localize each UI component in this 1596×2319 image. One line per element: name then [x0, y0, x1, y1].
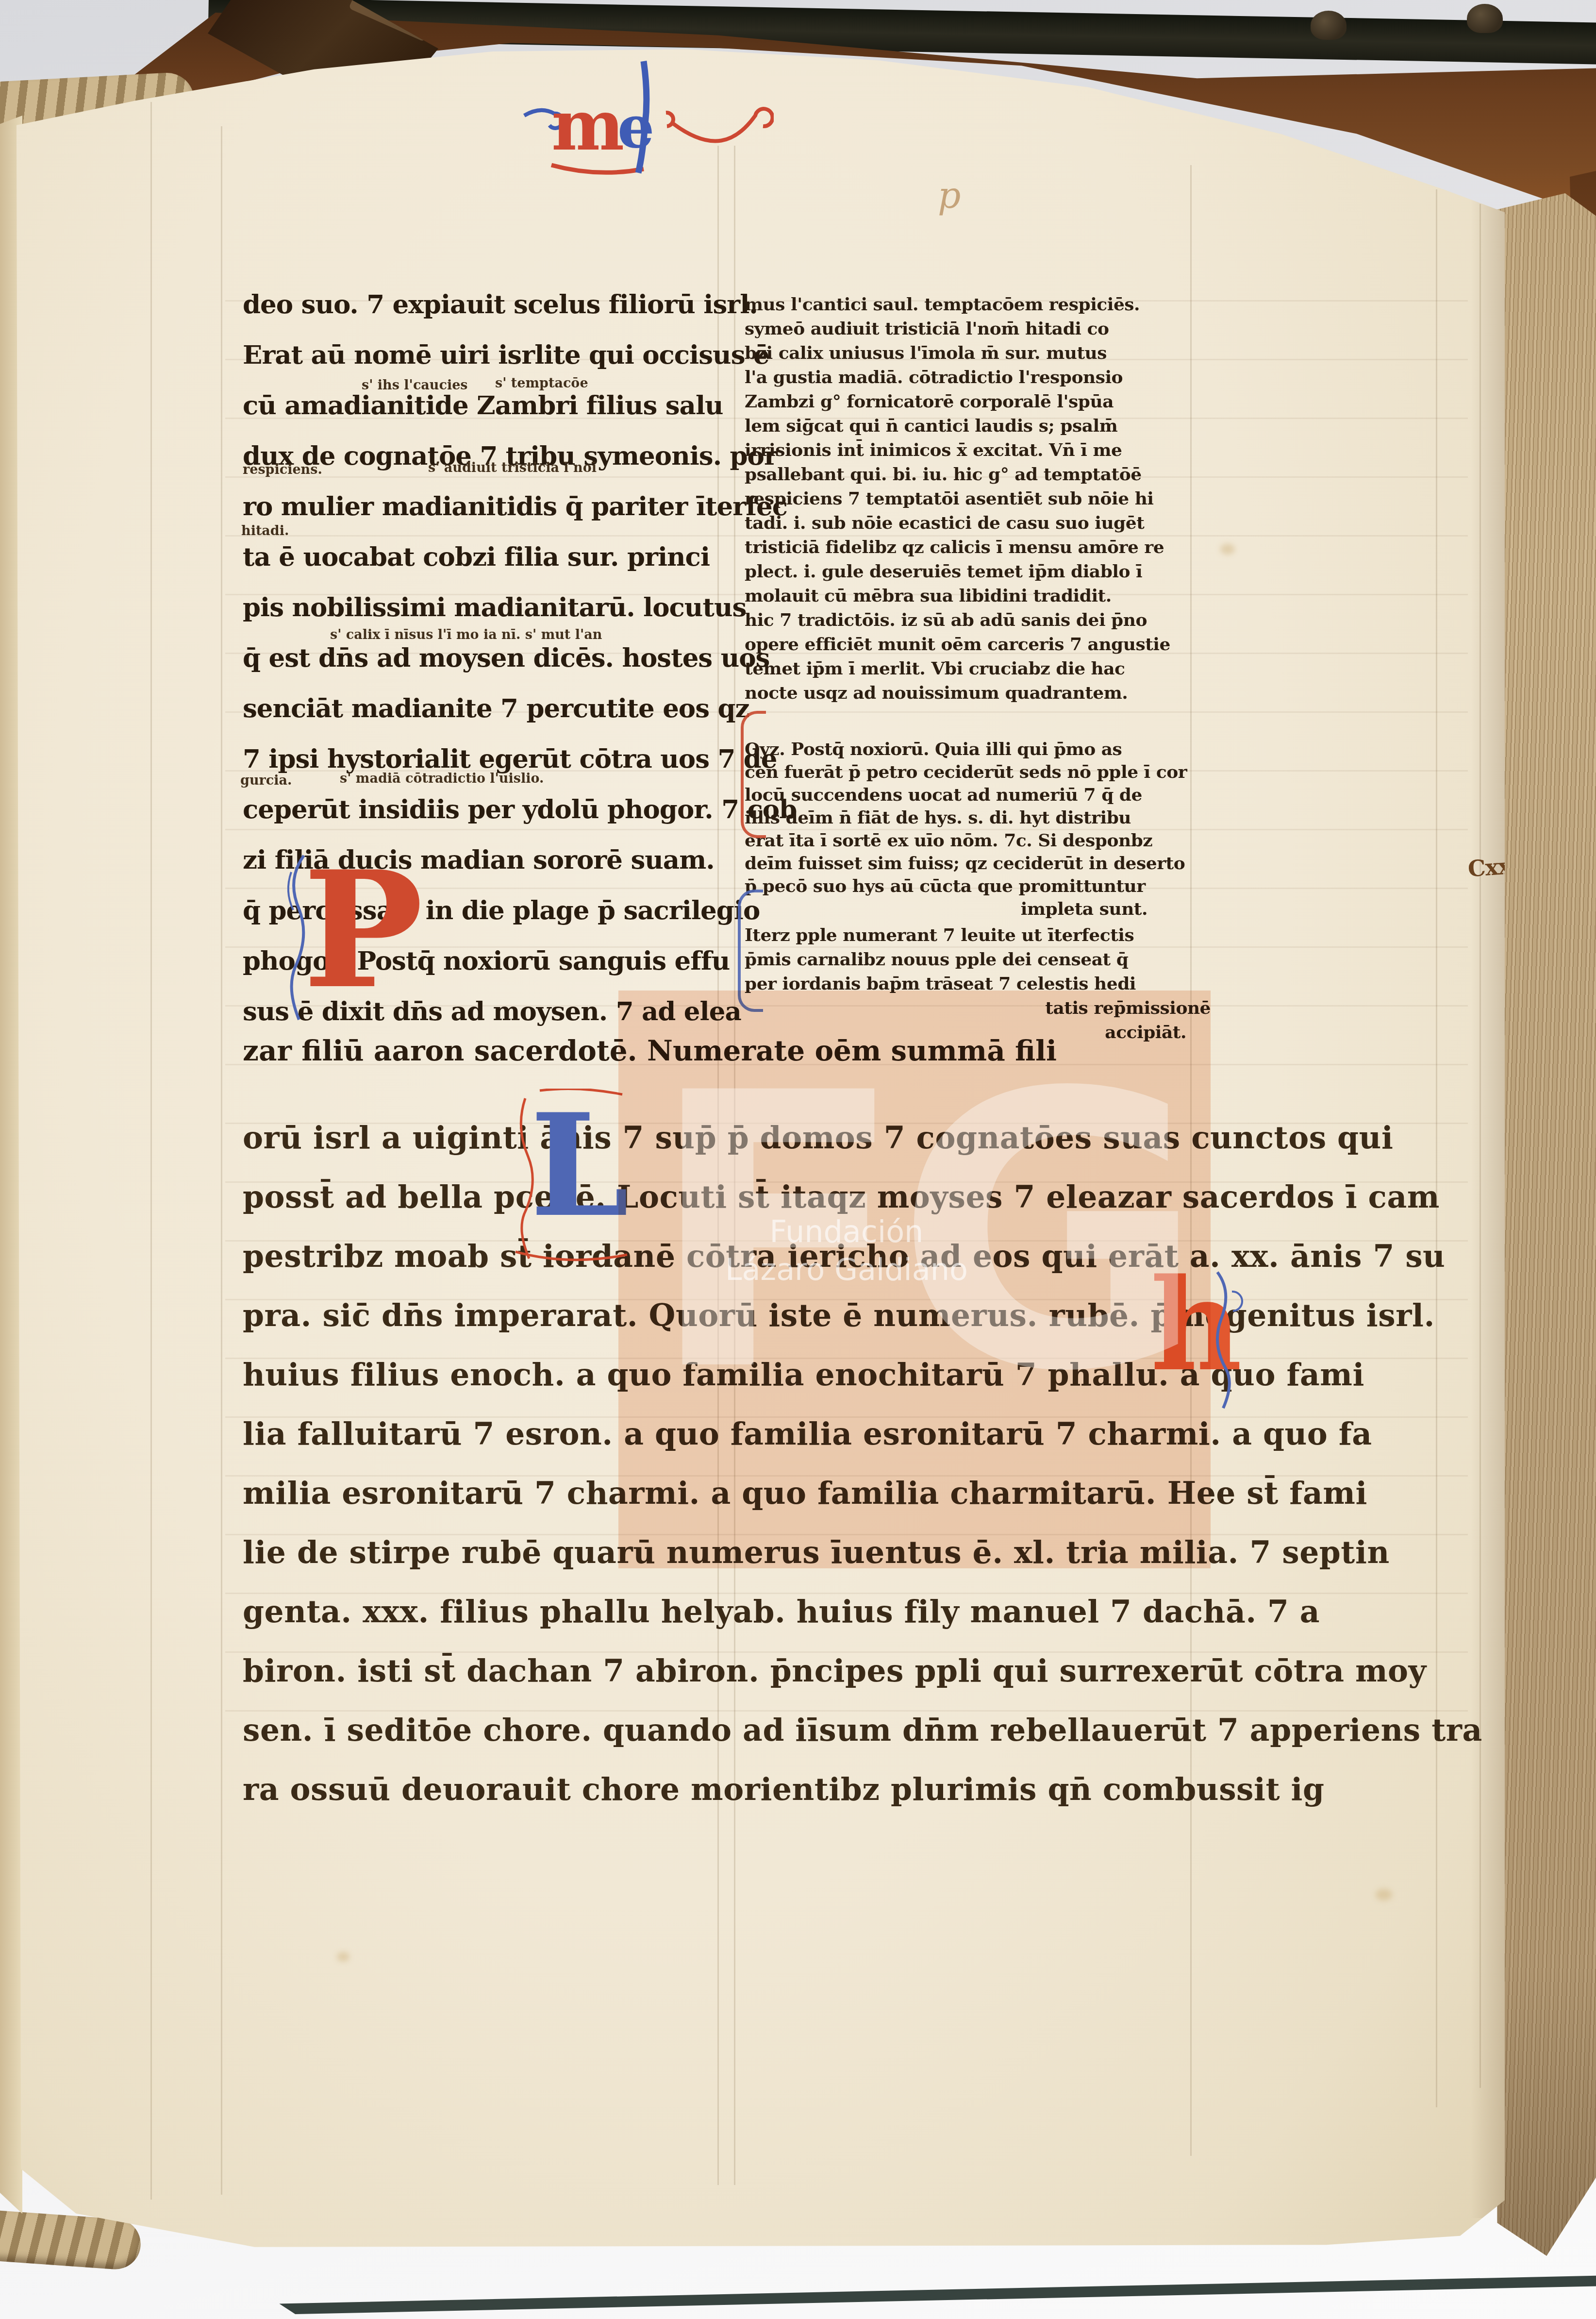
- text-line: locū succendens uocat ad numeriū 7 q̄ de: [745, 784, 1211, 807]
- interlinear-gloss: s' audiuit tristicia ī noī: [428, 460, 597, 475]
- text-line: deo suo. 7 expiauit scelus filiorū isrl.: [243, 279, 738, 330]
- metal-boss-icon: [1467, 4, 1503, 33]
- initial-P: P: [303, 850, 423, 1010]
- text-line: erat īta ī sortē ex uīo nōm. 7c. Si desp…: [745, 829, 1211, 852]
- stain: [1376, 1889, 1392, 1900]
- text-line: ceperūt insidiis per ydolū phogor. 7 cob: [243, 784, 738, 835]
- stain: [1220, 544, 1235, 555]
- text-line: Erat aū nomē uiri isrlite qui occisus ē: [243, 330, 738, 380]
- text-line: Zambzi g° fornicatorē corporalē l'spūa: [745, 389, 1211, 414]
- text-line: cū amadianitide Zambri filius salu: [243, 380, 738, 431]
- text-line: Iterz pple numerant 7 leuite ut īterfect…: [745, 923, 1211, 947]
- stain: [337, 1952, 349, 1962]
- interlinear-gloss: s' madiā cōtradictio l'uislio.: [340, 771, 544, 786]
- initial-letter: L: [530, 1083, 629, 1248]
- text-line: bzi calix uniusus l'īmola m̄ sur. mutus: [745, 341, 1211, 365]
- fore-edge-pages: [1493, 193, 1596, 2256]
- gloss-commentary-para1: mus l'cantici saul. temptacōem respiciēs…: [745, 292, 1211, 705]
- watermark-caption-line1: Fundación: [662, 1213, 1031, 1251]
- interlinear-gloss: s' calix ī nīsus l'ī mo ia nī. s' mut l'…: [330, 627, 602, 642]
- page-edge-shade: [1471, 163, 1505, 2218]
- text-line: ra ossuū deuorauit chore morientibz plur…: [243, 1760, 1471, 1819]
- interlinear-gloss: s' ihs l'caucies: [362, 378, 468, 393]
- quire-mark: p: [938, 175, 961, 217]
- text-line: plect. i. gule deseruiēs temet ip̄m diab…: [745, 559, 1211, 584]
- interlinear-gloss: s' temptacōe: [495, 376, 588, 391]
- text-line: mus l'cantici saul. temptacōem respiciēs…: [745, 292, 1211, 317]
- text-line: tadi. i. sub nōie ecastici de casu suo i…: [745, 511, 1211, 535]
- text-line: psallebant qui. bi. iu. hic g° ad tempta…: [745, 462, 1211, 487]
- text-line: p̄mis carnalibz nouus pple dei censeat q…: [745, 947, 1211, 972]
- metal-boss-icon: [1311, 11, 1347, 40]
- interlinear-gloss: respiciens.: [243, 462, 322, 477]
- text-line: deīm fuisset sim fuiss; qz ceciderūt in …: [745, 852, 1211, 875]
- paraph-mark-red: [741, 711, 766, 838]
- manuscript-photo: m e 119 p Cxxvi deo suo. 7 expiauit scel…: [0, 0, 1596, 2319]
- parchment-page: m e 119 p Cxxvi deo suo. 7 expiauit scel…: [17, 29, 1505, 2263]
- text-line: p̄ pecō suo hys aū cūcta que promittuntu…: [745, 875, 1211, 898]
- initial-letter: P: [303, 836, 423, 1024]
- interlinear-gloss: gurcia.: [240, 773, 292, 788]
- text-line: cen fuerāt p̄ petro ceciderūt seds nō pp…: [745, 761, 1211, 784]
- text-line: ta ē uocabat cobzi filia sur. princi: [243, 532, 738, 582]
- text-line: opere efficiēt munit oēm carceris 7 angu…: [745, 632, 1211, 656]
- running-title-letter-m: m: [551, 91, 624, 160]
- text-line: pis nobilissimi madianitarū. locutus: [243, 582, 738, 633]
- text-line: lem siḡcat qui n̄ cantici laudis s; psal…: [745, 414, 1211, 438]
- text-line: irrisionis int̄ inimicos x̄ excitat. Vn̄…: [745, 438, 1211, 462]
- watermark-caption: Fundación Lázaro Galdiano: [662, 1213, 1031, 1289]
- text-line: temet ip̄m ī merlit. Vbi cruciabz die ha…: [745, 656, 1211, 681]
- text-line: biron. isti st̄ dachan 7 abiron. p̄ncipe…: [243, 1641, 1471, 1700]
- text-line: sen. ī seditōe chore. quando ad iīsum dn…: [243, 1700, 1471, 1760]
- text-line: illis deīm n̄ fiāt de hys. s. di. hyt di…: [745, 807, 1211, 829]
- interlinear-gloss: hitadi.: [241, 523, 289, 538]
- ruling-line: [221, 126, 222, 2195]
- text-line: molauit cū mēbra sua libidini tradidit.: [745, 584, 1211, 608]
- running-title-letter-e: e: [617, 98, 654, 156]
- text-line: respiciens 7 temptatōi asentiēt sub nōie…: [745, 487, 1211, 511]
- text-line: senciāt madianite 7 percutite eos qz: [243, 683, 738, 734]
- ruling-line: [150, 102, 152, 2200]
- text-line: Oyz. Postq̄ noxiorū. Quia illi qui p̄mo …: [745, 738, 1211, 761]
- watermark-caption-line2: Lázaro Galdiano: [662, 1251, 1031, 1289]
- text-line: impleta sunt.: [745, 898, 1211, 921]
- running-title: m e: [521, 57, 774, 184]
- initial-L: L: [530, 1095, 629, 1236]
- text-line: nocte usqz ad nouissimum quadrantem.: [745, 681, 1211, 705]
- gloss-commentary-para2: Oyz. Postq̄ noxiorū. Quia illi qui p̄mo …: [745, 738, 1211, 921]
- text-line: hic 7 tradictōis. iz sū ab adū sanis dei…: [745, 608, 1211, 632]
- text-line: ro mulier madianitidis q̄ pariter īterfe…: [243, 481, 738, 532]
- text-line: genta. xxx. filius phallu helyab. huius …: [243, 1582, 1471, 1641]
- text-line: tristiciā fidelibz qz calicis ī mensu am…: [745, 535, 1211, 559]
- text-line: symeō audiuit tristiciā l'nom̄ hitadi co: [745, 317, 1211, 341]
- text-line: l'a gustia madiā. cōtradictio l'responsi…: [745, 365, 1211, 389]
